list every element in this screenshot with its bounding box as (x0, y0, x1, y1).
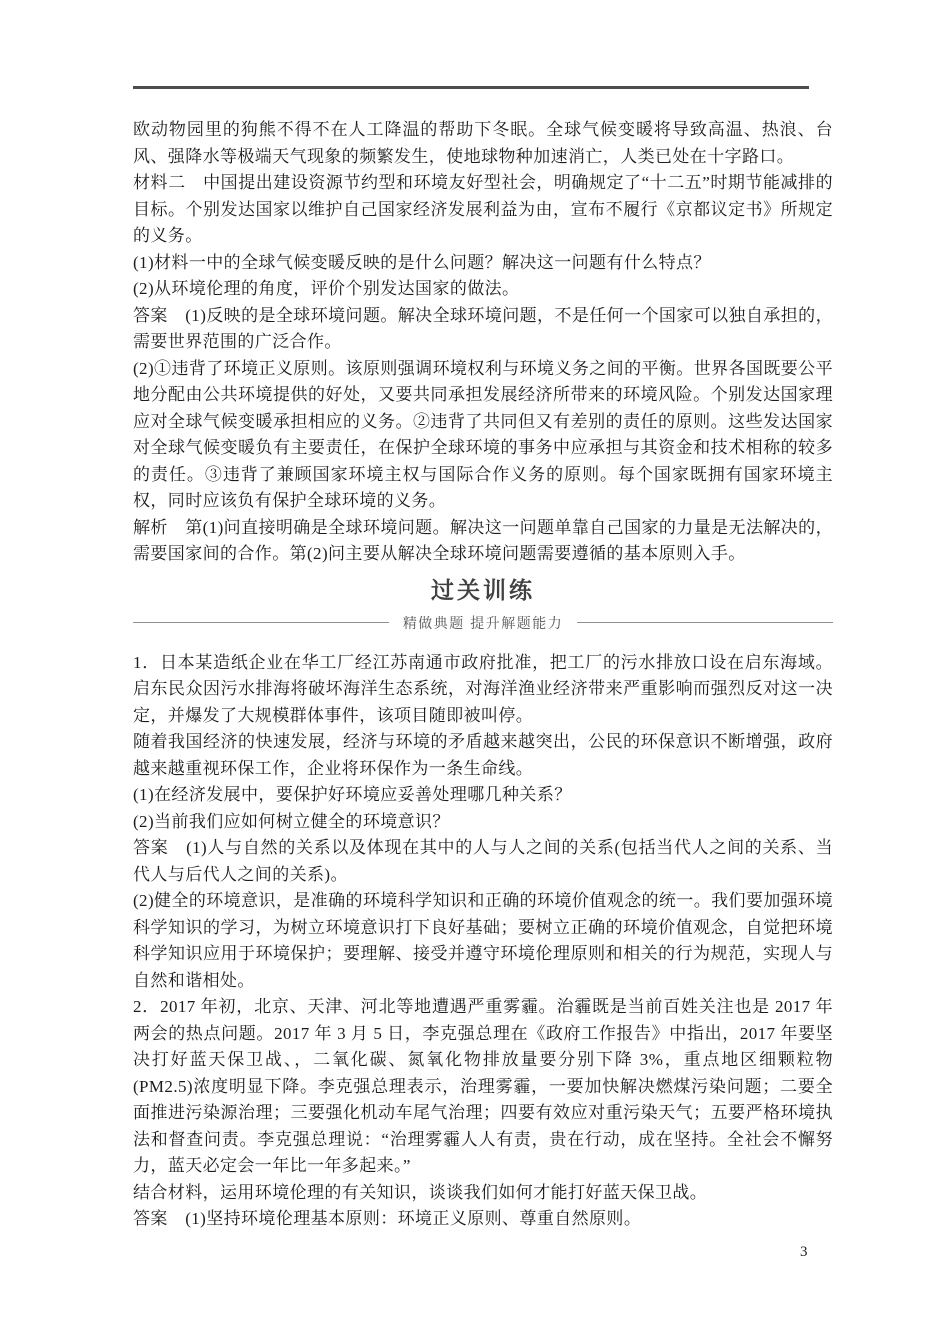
section-header: 过关训练 精做典题 提升解题能力 (133, 574, 833, 633)
paragraph: 解析 第(1)问直接明确是全球环境问题。解决这一问题单靠自己国家的力量是无法解决… (133, 515, 833, 568)
paragraph: (2)①违背了环境正义原则。该原则强调环境权利与环境义务之间的平衡。世界各国既要… (133, 356, 833, 515)
page-content: 欧动物园里的狗熊不得不在人工降温的帮助下冬眠。全球气候变暖将导致高温、热浪、台风… (133, 117, 833, 1233)
section-subtitle: 精做典题 提升解题能力 (403, 613, 563, 633)
page-number: 3 (800, 1242, 808, 1262)
subtitle-rule-right (577, 622, 833, 623)
example-section: 欧动物园里的狗熊不得不在人工降温的帮助下冬眠。全球气候变暖将导致高温、热浪、台风… (133, 117, 833, 568)
section-title: 过关训练 (133, 574, 833, 606)
paragraph: 2．2017 年初，北京、天津、河北等地遭遇严重雾霾。治霾既是当前百姓关注也是 … (133, 994, 833, 1180)
paragraph: 结合材料，运用环境伦理的有关知识，谈谈我们如何才能打好蓝天保卫战。 (133, 1180, 833, 1207)
paragraph: 答案 (1)反映的是全球环境问题。解决全球环境问题，不是任何一个国家可以独自承担… (133, 303, 833, 356)
paragraph: (1)材料一中的全球气候变暖反映的是什么问题？解决这一问题有什么特点？ (133, 250, 833, 277)
paragraph: 答案 (1)人与自然的关系以及体现在其中的人与人之间的关系(包括当代人之间的关系… (133, 835, 833, 888)
training-section: 1．日本某造纸企业在华工厂经江苏南通市政府批准，把工厂的污水排放口设在启东海域。… (133, 650, 833, 1233)
paragraph: 1．日本某造纸企业在华工厂经江苏南通市政府批准，把工厂的污水排放口设在启东海域。… (133, 650, 833, 730)
paragraph: (2)健全的环境意识，是准确的环境科学知识和正确的环境价值观念的统一。我们要加强… (133, 888, 833, 994)
paragraph: 欧动物园里的狗熊不得不在人工降温的帮助下冬眠。全球气候变暖将导致高温、热浪、台风… (133, 117, 833, 170)
paragraph: 随着我国经济的快速发展，经济与环境的矛盾越来越突出，公民的环保意识不断增强，政府… (133, 729, 833, 782)
paragraph: (2)从环境伦理的角度，评价个别发达国家的做法。 (133, 276, 833, 303)
section-subtitle-row: 精做典题 提升解题能力 (133, 613, 833, 633)
paragraph: 材料二 中国提出建设资源节约型和环境友好型社会，明确规定了“十二五”时期节能减排… (133, 170, 833, 250)
document-page: 欧动物园里的狗熊不得不在人工降温的帮助下冬眠。全球气候变暖将导致高温、热浪、台风… (0, 0, 950, 1344)
paragraph: 答案 (1)坚持环境伦理基本原则：环境正义原则、尊重自然原则。 (133, 1206, 833, 1233)
header-rule (133, 86, 809, 89)
subtitle-rule-left (133, 622, 389, 623)
paragraph: (1)在经济发展中，要保护好环境应妥善处理哪几种关系？ (133, 782, 833, 809)
paragraph: (2)当前我们应如何树立健全的环境意识？ (133, 809, 833, 836)
